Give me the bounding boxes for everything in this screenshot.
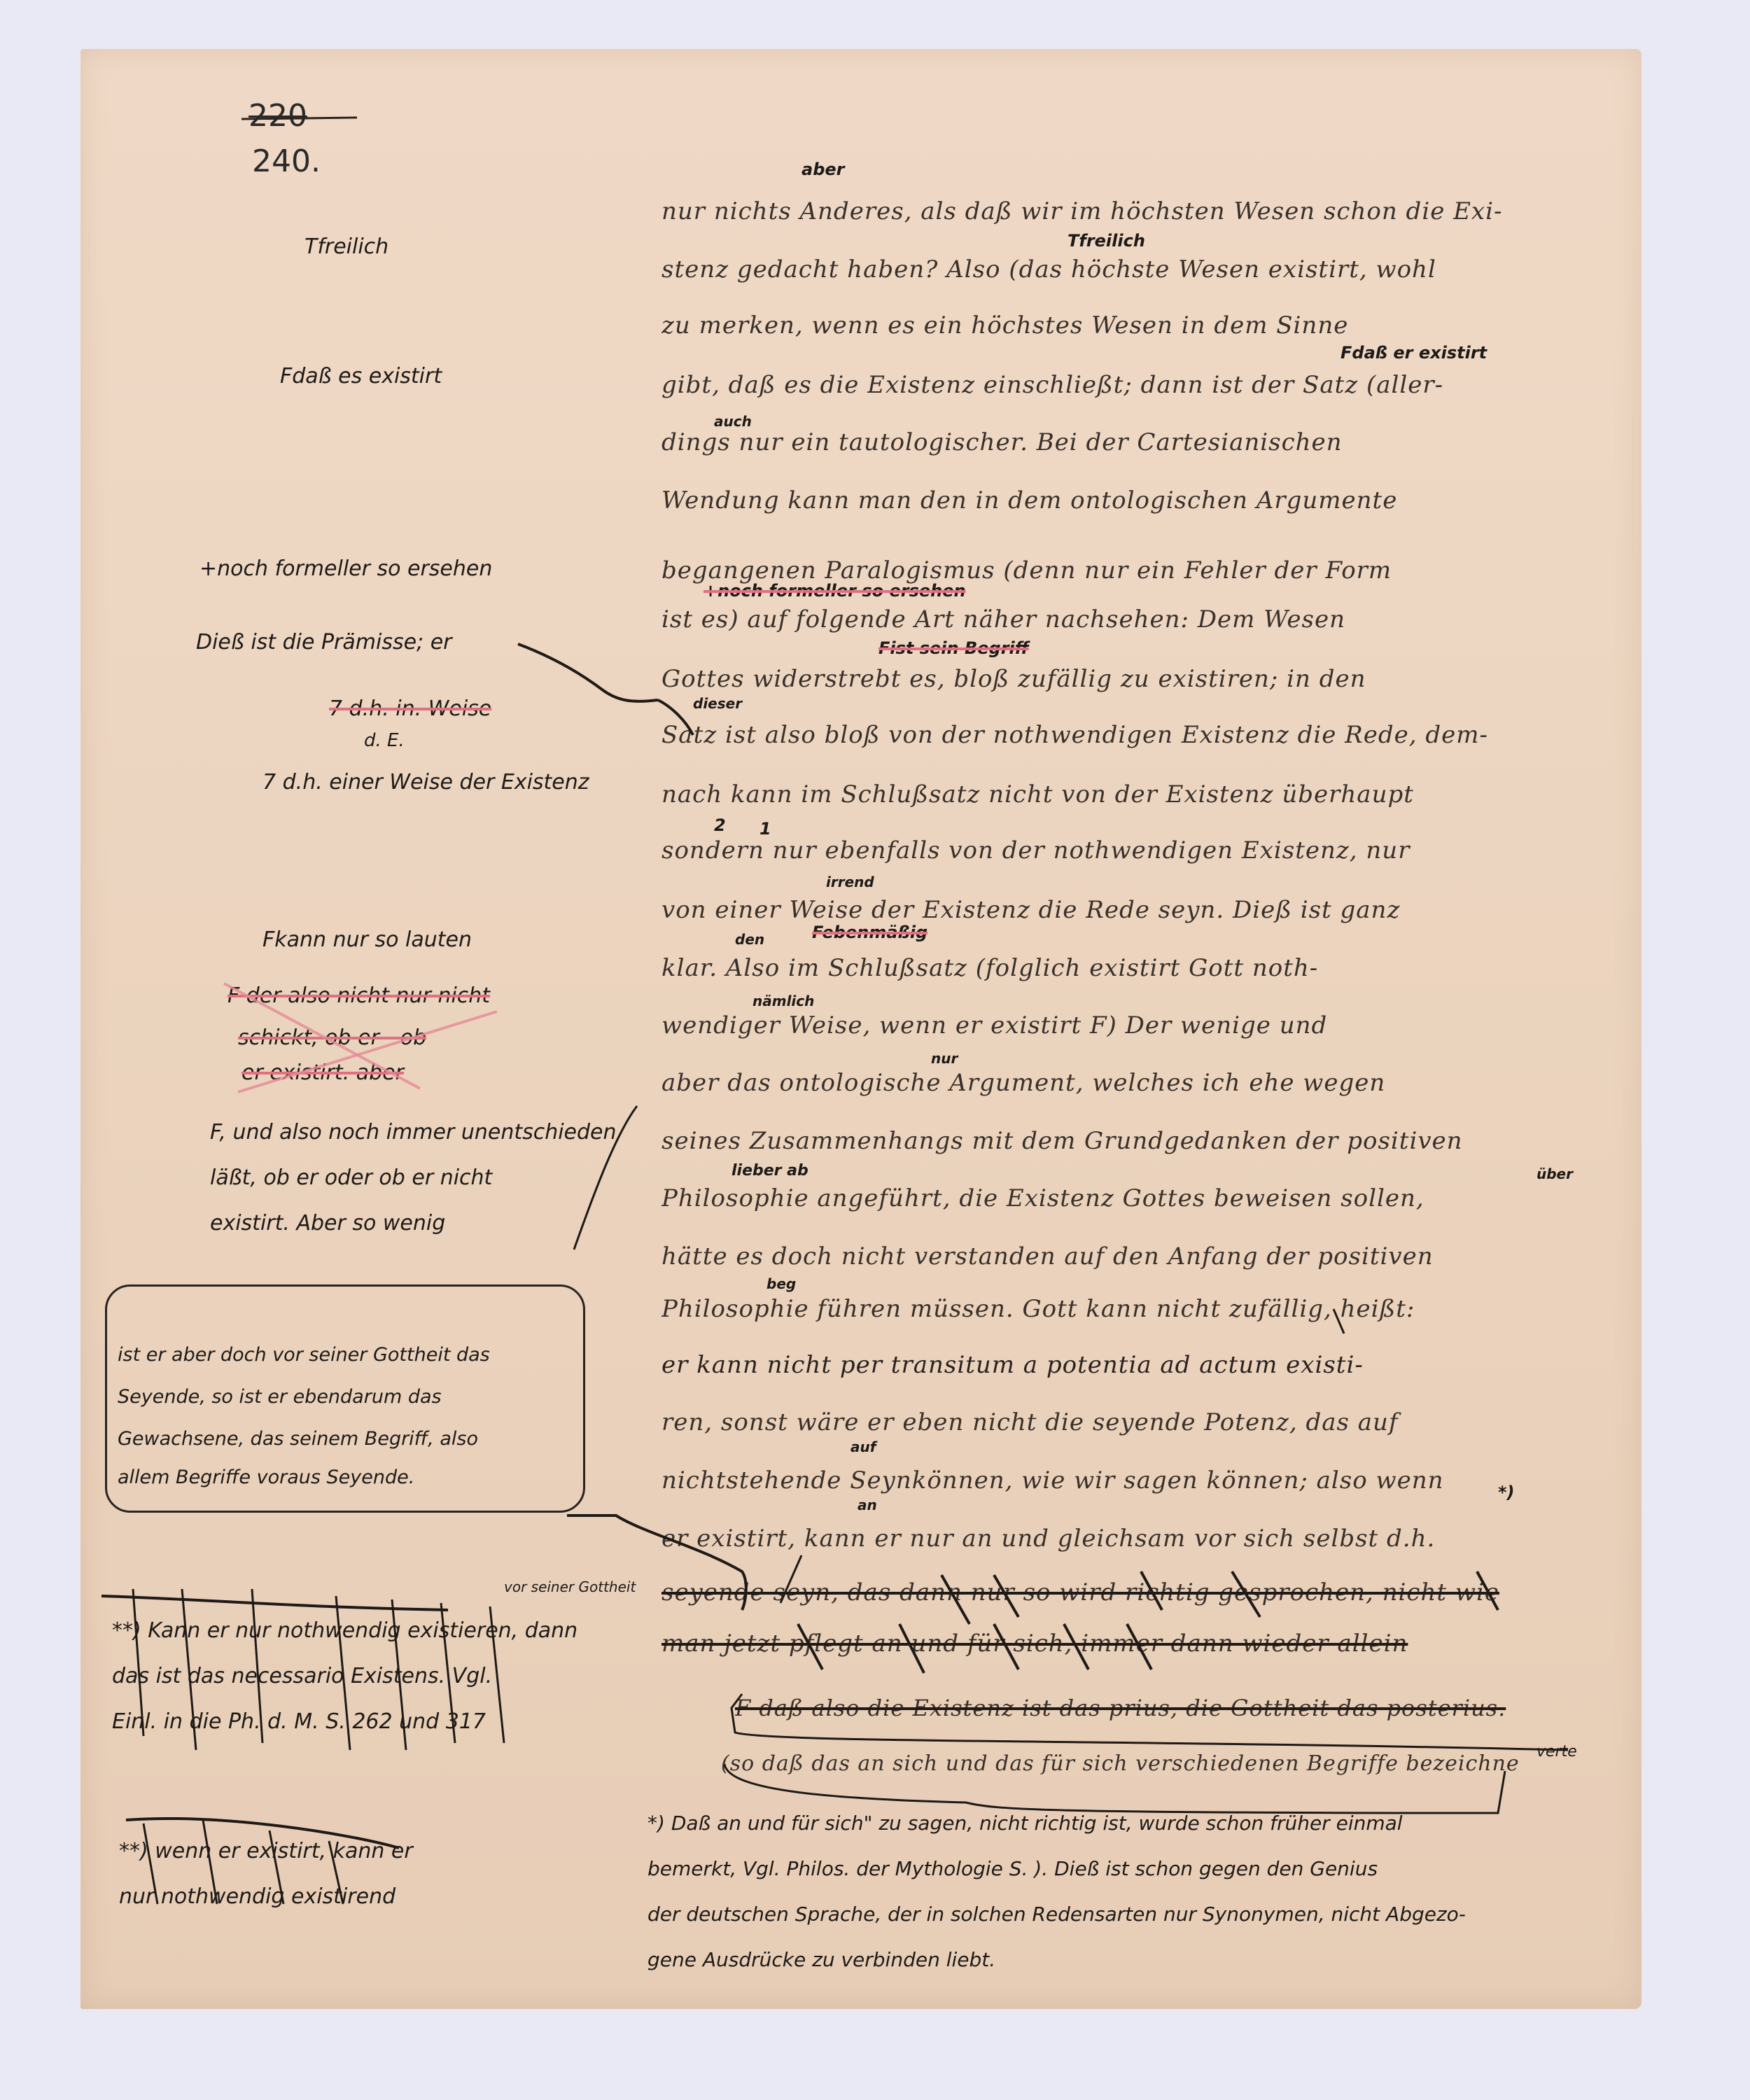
main-line: von einer Weise der Existenz die Rede se… (661, 896, 1557, 924)
margin-line: F, und also noch immer unentschieden (210, 1113, 617, 1152)
margin-vor-seiner-gottheit: vor seiner Gottheit (504, 1578, 636, 1595)
main-line-struck: man jetzt pflegt an und für sich, immer … (661, 1630, 1557, 1658)
main-line: hätte es doch nicht verstanden auf den A… (661, 1242, 1557, 1270)
main-line: Gottes widerstrebt es, bloß zufällig zu … (661, 665, 1557, 693)
correction-freilich: Tfreilich (1067, 231, 1145, 251)
footnote-line: Einl. in die Ph. d. M. S. 262 und 317 (112, 1701, 486, 1743)
footnote-line: bemerkt, Vgl. Philos. der Mythologie S. … (647, 1848, 1378, 1890)
margin-line: +noch formeller so ersehen (199, 549, 492, 589)
main-line: stenz gedacht haben? Also (das höchste W… (661, 255, 1557, 283)
footnote-marker: *) (1498, 1483, 1515, 1502)
footnote-line: **) wenn er existirt, kann er (119, 1830, 413, 1872)
old-page-number: 220 (248, 98, 307, 134)
correction-an: an (857, 1497, 877, 1513)
footnote-line: nur nothwendig existirend (119, 1876, 395, 1918)
deleted-sentence: F daß also die Existenz ist das prius, d… (735, 1694, 1561, 1722)
correction-nur: nur (931, 1050, 958, 1067)
correction-noch-formeller: +noch formeller so ersehen (703, 581, 966, 601)
main-line: begangenen Paralogismus (denn nur ein Fe… (661, 556, 1557, 584)
margin-line: Dieß ist die Prämisse; er (196, 623, 451, 662)
order-mark-1: 1 (759, 819, 771, 839)
correction-dieser: dieser (693, 695, 742, 712)
margin-note-dass-es-existirt: Fdaß es existirt (280, 357, 442, 396)
correction-dass-es-existirt: Fdaß er existirt (1340, 343, 1487, 363)
correction-naemlich: nämlich (752, 993, 814, 1009)
margin-line: 7 d.h. in. Weise (329, 689, 491, 729)
correction-aber: aber (801, 160, 845, 179)
correction-irrend: irrend (826, 874, 874, 890)
correction-auch: auch (714, 413, 752, 430)
main-line: wendiger Weise, wenn er existirt F) Der … (661, 1011, 1557, 1039)
footnote-line: **) Kann er nur nothwendig existieren, d… (112, 1610, 577, 1652)
correction-ebenmaessig: Febenmäßig (812, 923, 927, 942)
main-line: nur nichts Anderes, als daß wir im höchs… (661, 197, 1557, 225)
correction-der: den (735, 931, 764, 948)
main-line-struck: seyende seyn, das dann nur so wird richt… (661, 1578, 1557, 1606)
correction-ueber: über (1536, 1165, 1573, 1182)
margin-line: 7 d.h. einer Weise der Existenz (262, 763, 589, 802)
margin-line: Seyende, so ist er ebendarum das (118, 1378, 442, 1417)
margin-line: läßt, ob er oder ob er nicht (210, 1158, 492, 1198)
margin-line: er existirt. aber (241, 1053, 404, 1093)
main-line: Wendung kann man den in dem ontologische… (661, 486, 1557, 514)
margin-line: schickt, ob er - ob (238, 1018, 426, 1058)
verte-mark: verte (1536, 1743, 1577, 1760)
margin-line: F der also nicht nur nicht (227, 976, 490, 1016)
correction-auf: auf (850, 1438, 876, 1455)
parenthetical-note: (so daß das an sich und das für sich ver… (721, 1750, 1519, 1778)
main-line: klar. Also im Schlußsatz (folglich exist… (661, 954, 1557, 982)
order-mark-2: 2 (714, 815, 726, 835)
main-line: ist es) auf folgende Art näher nachsehen… (661, 605, 1557, 633)
main-line: nach kann im Schlußsatz nicht von der Ex… (661, 780, 1557, 808)
main-line: Satz ist also bloß von der nothwendigen … (661, 721, 1557, 749)
correction-beg: beg (766, 1275, 796, 1292)
margin-line: Gewachsene, das seinem Begriff, also (118, 1420, 478, 1459)
footnote-line: das ist das necessario Existens. Vgl. (112, 1655, 492, 1697)
boxed-margin-note: ist er aber doch vor seiner Gottheit das… (105, 1284, 585, 1513)
main-line: aber das ontologische Argument, welches … (661, 1069, 1557, 1097)
main-line: seines Zusammenhangs mit dem Grundgedank… (661, 1127, 1557, 1155)
main-line: nichtstehende Seynkönnen, wie wir sagen … (661, 1466, 1557, 1494)
main-line: Philosophie angeführt, die Existenz Gott… (661, 1184, 1557, 1212)
footnote-line: der deutschen Sprache, der in solchen Re… (647, 1893, 1466, 1935)
footnote-line: gene Ausdrücke zu verbinden liebt. (647, 1939, 995, 1981)
main-line: er existirt, kann er nur an und gleichsa… (661, 1525, 1557, 1553)
correction-ist-sein-begriff: Fist sein Begriff (878, 638, 1029, 658)
margin-line: ist er aber doch vor seiner Gottheit das (118, 1336, 490, 1375)
margin-note-kann-nur: Fkann nur so lauten (262, 920, 472, 960)
correction-lieber-ab: lieber ab (731, 1162, 808, 1179)
margin-line: d. E. (364, 721, 405, 760)
main-line: ren, sonst wäre er eben nicht die seyend… (661, 1408, 1557, 1436)
main-line: dings nur ein tautologischer. Bei der Ca… (661, 428, 1557, 456)
main-line: er kann nicht per transitum a potentia a… (661, 1351, 1557, 1379)
main-line: zu merken, wenn es ein höchstes Wesen in… (661, 311, 1557, 339)
main-line: gibt, daß es die Existenz einschließt; d… (661, 371, 1557, 399)
margin-note-freilich: Tfreilich (304, 227, 388, 267)
footnote-line: *) Daß an und für sich" zu sagen, nicht … (647, 1802, 1403, 1844)
main-line: sondern nur ebenfalls von der nothwendig… (661, 836, 1557, 864)
main-line: Philosophie führen müssen. Gott kann nic… (661, 1295, 1557, 1323)
page-number: 240. (252, 143, 321, 179)
margin-line: existirt. Aber so wenig (210, 1204, 445, 1243)
margin-line: allem Begriffe voraus Seyende. (118, 1458, 414, 1497)
